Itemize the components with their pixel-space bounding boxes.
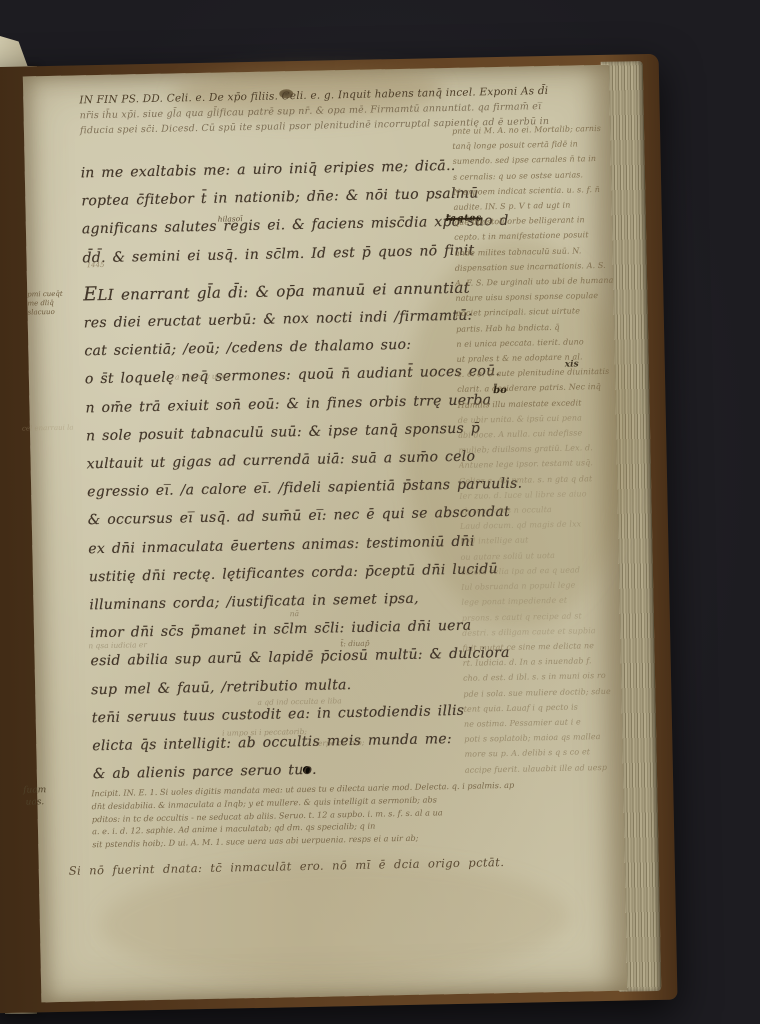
interlinear-gloss: i umpo si i peccatorib; [222,727,307,738]
gloss-line: accipe fuerit. ulauabit ille ad uesp [465,759,635,778]
interlinear-gloss: nā [290,609,299,618]
margin-note-line: pmi cueq̄t [27,290,63,300]
margin-note-line: uas. [23,796,46,808]
ink-mark: b̄o [493,385,507,396]
interlinear-gloss: t̄: diuap̄ [340,639,369,649]
margin-note-line: ſuam [23,784,46,796]
bottom-commentary-block: Incipit. IN. E. 1. Si uoles digitis mand… [91,776,640,851]
interlinear-gloss: a qd ind occulta e liba [257,696,341,707]
interlinear-gloss: a uexto y uana [175,371,231,381]
interlinear-gloss: a uerpe ce rub; [306,738,364,748]
margin-mark: 1445 [87,261,105,269]
final-annotation-line: Si nō fuerint dnata: tc̄ inmaculāt ero. … [69,854,569,878]
manuscript-book: IN FIN PS. DD. Celi. e. De xp̄o filiis. … [0,54,678,1014]
margin-note-line: slacuuo [28,308,64,318]
psalm-text-block: in me exaltabis me: a uiro iniq̄ eripies… [81,151,494,788]
manuscript-page: IN FIN PS. DD. Celi. e. De xp̄o filiis. … [23,65,627,1003]
interlinear-gloss: hilasoī [218,214,243,223]
left-margin-note: pmi cueq̄t me dliq̄ slacuuo [27,290,63,318]
lower-margin-note: ſuam uas. [23,784,47,808]
ink-mark: xis [565,359,579,369]
struck-through-word: laqtes [446,213,483,224]
faded-margin-note: cel enarraui la [22,424,74,433]
interlinear-gloss: n qsa iudicia er [88,640,147,650]
